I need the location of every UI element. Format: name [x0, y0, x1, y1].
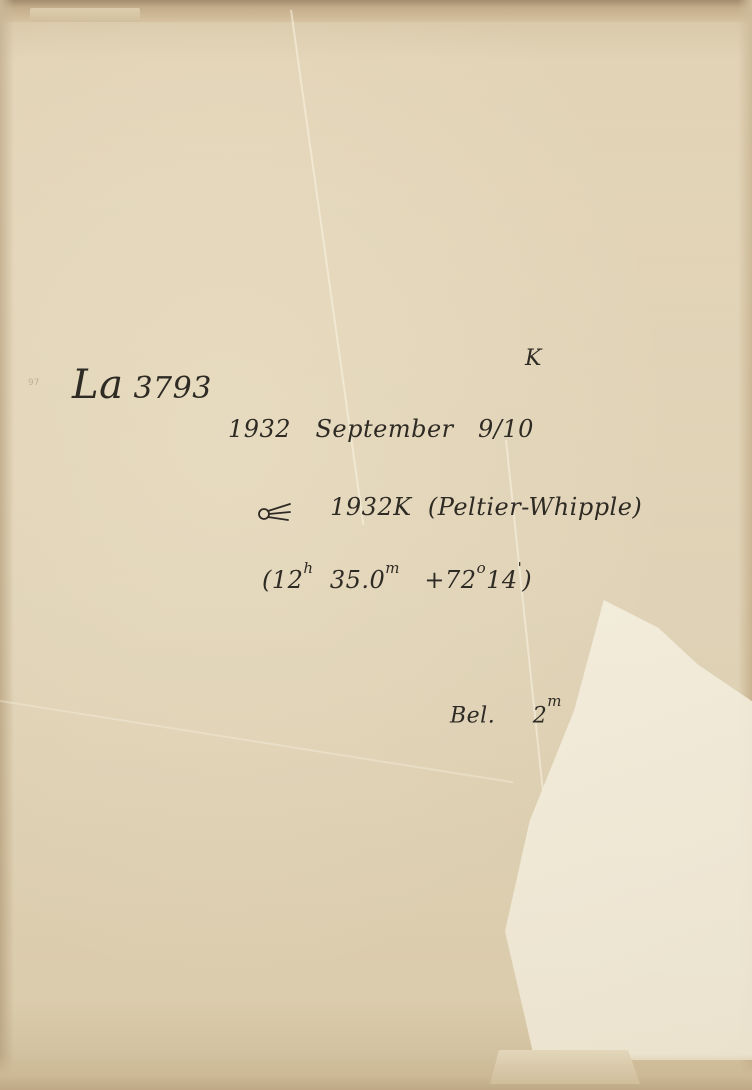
bottom-flap: [490, 1050, 640, 1084]
dec-degrees-unit: o: [477, 559, 487, 577]
paper-crease: [0, 700, 514, 783]
date-month: September: [315, 415, 453, 443]
bottom-fold: [0, 1054, 752, 1090]
comet-designation: 1932K: [330, 493, 412, 521]
exposure-label: Bel.: [450, 703, 495, 728]
exposure-unit: m: [547, 692, 562, 710]
coord-open-paren: (: [262, 566, 272, 594]
observation-date: 1932 September 9/10: [228, 415, 534, 443]
class-mark: K: [525, 346, 542, 371]
date-nights: 9/10: [478, 415, 534, 443]
plate-id: La 3793: [72, 362, 212, 408]
object-coordinates: (12h 35.0m +72o14'): [262, 565, 532, 594]
comet-name: (Peltier-Whipple): [428, 493, 642, 521]
date-year: 1932: [228, 415, 291, 443]
comet-icon: [258, 499, 292, 519]
ra-minutes-unit: m: [385, 559, 400, 577]
exposure-value: 2: [533, 703, 548, 728]
object-designation: 1932K (Peltier-Whipple): [258, 493, 642, 521]
dec-arcmin-unit: ': [518, 559, 523, 577]
plate-envelope: 97 La 3793 K 1932 September 9/10 1932K (…: [0, 0, 752, 1090]
left-edge: [0, 0, 14, 1090]
dec-arcmin: 14: [486, 566, 518, 594]
paper-crease: [290, 10, 364, 525]
torn-tissue-patch: [505, 600, 752, 1060]
faint-stamp: 97: [28, 378, 39, 388]
ra-hours: 12: [272, 566, 304, 594]
plate-id-number: 3793: [133, 371, 211, 406]
ra-minutes: 35.0: [330, 566, 385, 594]
exposure-time: Bel. 2m: [450, 700, 562, 728]
top-fold-flap: [30, 8, 140, 22]
plate-id-prefix: La: [72, 362, 123, 408]
coord-close-paren: ): [522, 566, 532, 594]
dec-degrees: +72: [424, 566, 476, 594]
ra-hours-unit: h: [303, 559, 313, 577]
